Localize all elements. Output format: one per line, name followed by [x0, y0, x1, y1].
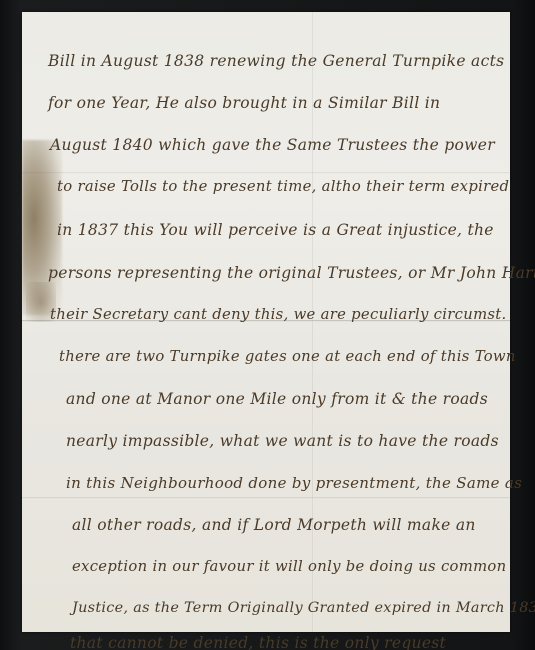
text-line: Bill in August 1838 renewing the General… [48, 52, 504, 70]
text-line: August 1840 which gave the Same Trustees… [50, 136, 495, 154]
text-line: to raise Tolls to the present time, alth… [57, 178, 509, 195]
handwritten-text: Bill in August 1838 renewing the General… [22, 12, 510, 632]
text-line: and one at Manor one Mile only from it &… [66, 390, 488, 408]
text-line: there are two Turnpike gates one at each… [59, 348, 516, 365]
text-line: in this Neighbourhood done by presentmen… [66, 474, 522, 492]
text-line: nearly impassible, what we want is to ha… [66, 432, 499, 450]
text-line: all other roads, and if Lord Morpeth wil… [72, 516, 476, 534]
text-line: for one Year, He also brought in a Simil… [48, 94, 440, 112]
text-line: in 1837 this You will perceive is a Grea… [57, 221, 494, 239]
text-line: that cannot be denied, this is the only … [70, 634, 446, 650]
text-line: exception in our favour it will only be … [72, 558, 506, 575]
letter-page: Bill in August 1838 renewing the General… [22, 12, 510, 632]
text-line: Justice, as the Term Originally Granted … [72, 600, 535, 616]
text-line: their Secretary cant deny this, we are p… [50, 306, 507, 323]
text-line: persons representing the original Truste… [48, 264, 535, 282]
